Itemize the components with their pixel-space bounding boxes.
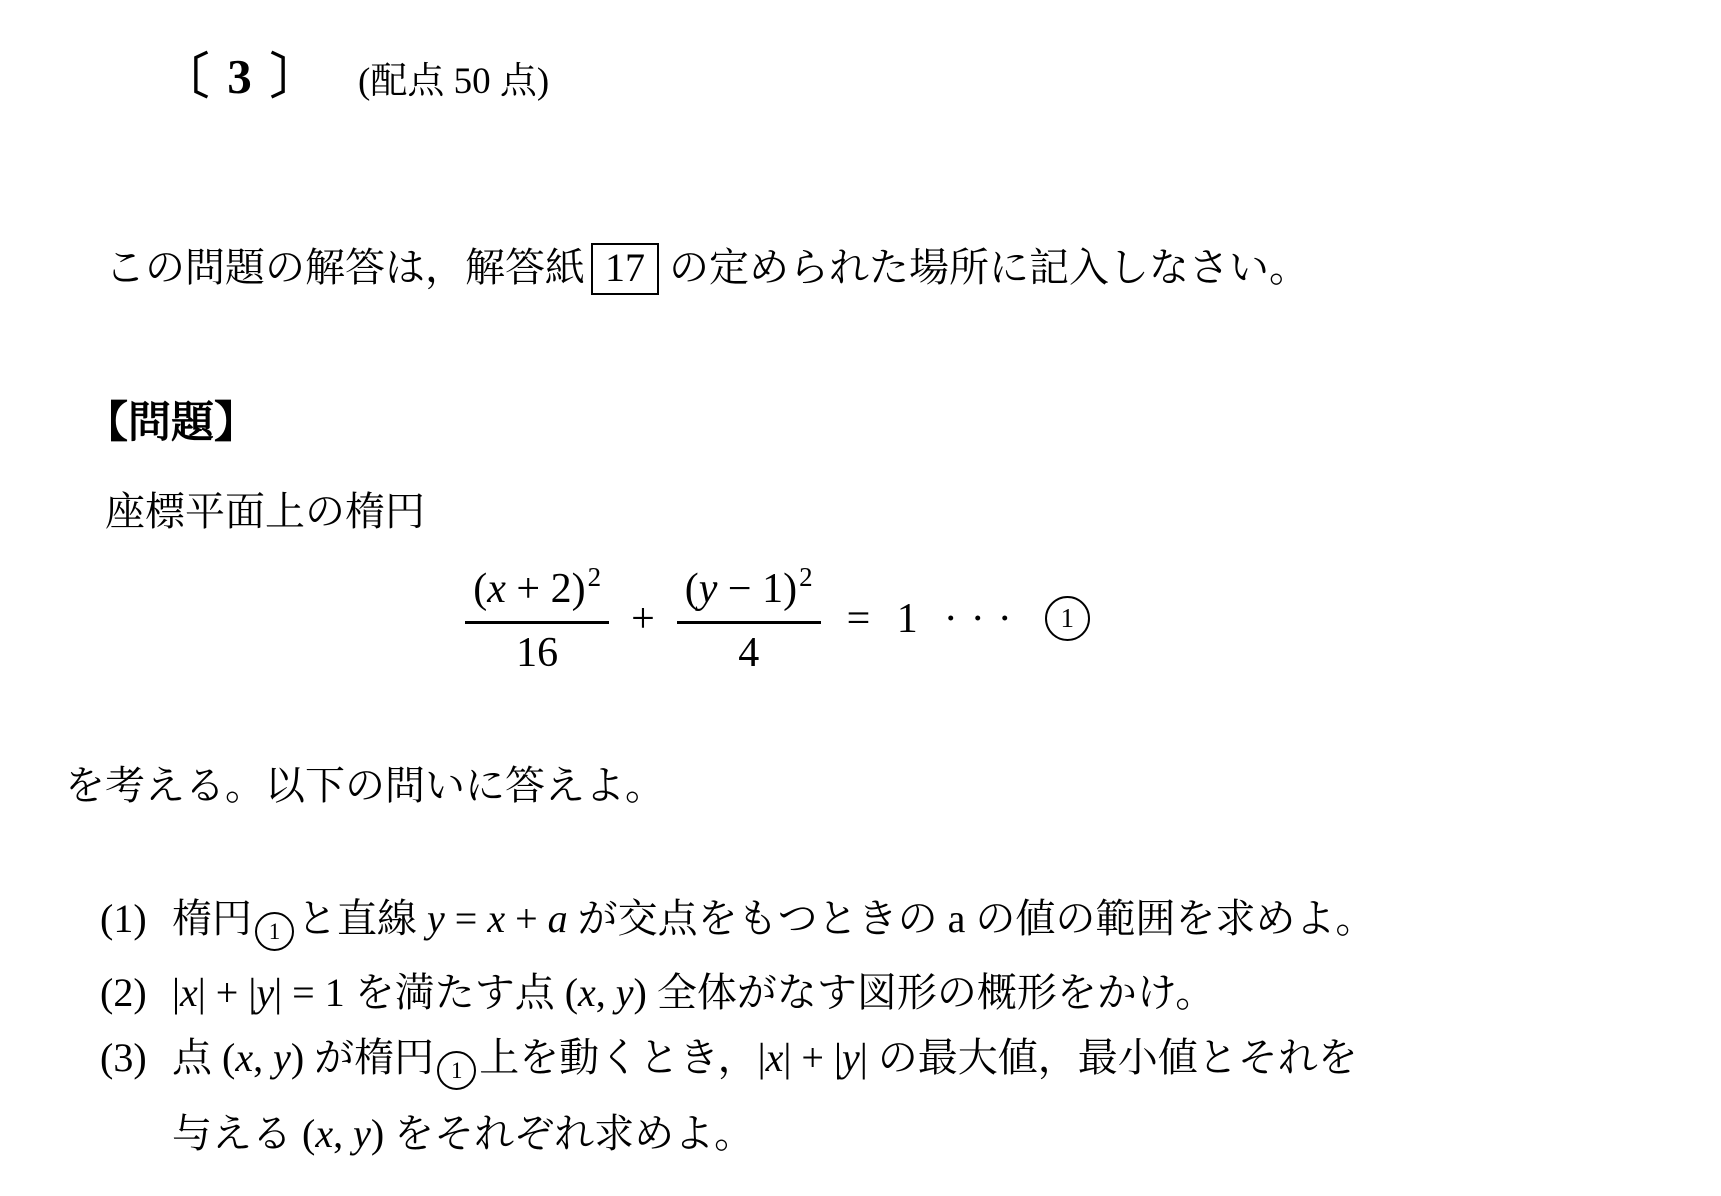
token-it: x <box>180 970 198 1015</box>
token-plain: | + | <box>783 1035 842 1080</box>
plus-operator: + <box>631 595 655 643</box>
token-plain: 楕円 <box>172 896 252 941</box>
ellipse-equation: (x + 2)2 16 + (y − 1)2 4 = 1 ··· 1 <box>65 563 1490 674</box>
token-plain: | + | <box>198 970 257 1015</box>
token-plain: + 2) <box>506 566 586 612</box>
question-1: (1) 楕円1と直線 y = x + a が交点をもつときの a の値の範囲を求… <box>100 895 1495 951</box>
token-plain: 与える ( <box>172 1111 315 1156</box>
question-3-line-2: 与える (x, y) をそれぞれ求めよ。 <box>172 1110 1495 1157</box>
question-2-content: |x| + |y| = 1 を満たす点 (x, y) 全体がなす図形の概形をかけ… <box>172 969 1495 1016</box>
equals-one: = 1 <box>847 595 926 643</box>
token-plain: | <box>172 970 180 1015</box>
fraction-x-term: (x + 2)2 16 <box>465 563 609 674</box>
token-it: x <box>235 1035 253 1080</box>
question-1-content: 楕円1と直線 y = x + a が交点をもつときの a の値の範囲を求めよ。 <box>172 895 1495 951</box>
question-3: (3) 点 (x, y) が楕円1上を動くとき，|x| + |y| の最大値，最… <box>100 1034 1495 1157</box>
exponent: 2 <box>588 562 602 592</box>
token-it: x <box>487 896 505 941</box>
answer-sheet-number-box: 17 <box>591 243 659 295</box>
token-plain: ( <box>685 566 699 612</box>
question-2-marker: (2) <box>100 969 172 1016</box>
token-it: y <box>616 970 634 1015</box>
token-it: y <box>353 1111 371 1156</box>
numerator-y: (y − 1)2 <box>677 563 821 624</box>
token-plain: = <box>445 896 488 941</box>
token-plain: 点 ( <box>172 1035 235 1080</box>
token-it: x <box>578 970 596 1015</box>
denominator-16: 16 <box>516 624 558 674</box>
token-plain: , <box>333 1111 353 1156</box>
token-it: x <box>766 1035 784 1080</box>
problem-header: 〔 3 〕 (配点 50 点) <box>160 38 1495 108</box>
question-3-line-1: 点 (x, y) が楕円1上を動くとき，|x| + |y| の最大値，最小値とそ… <box>172 1034 1495 1090</box>
token-it: y <box>427 896 445 941</box>
token-it: y <box>256 970 274 1015</box>
question-1-line-1: 楕円1と直線 y = x + a が交点をもつときの a の値の範囲を求めよ。 <box>172 895 1495 951</box>
points-note: (配点 50 点) <box>358 50 549 104</box>
problem-number: 〔 3 〕 <box>160 38 322 108</box>
question-1-marker: (1) <box>100 895 172 942</box>
question-2: (2) |x| + |y| = 1 を満たす点 (x, y) 全体がなす図形の概… <box>100 969 1495 1016</box>
circled-1-icon: 1 <box>437 1051 476 1090</box>
token-plain: ( <box>473 566 487 612</box>
token-plain: | = 1 を満たす点 ( <box>274 970 578 1015</box>
question-2-line-1: |x| + |y| = 1 を満たす点 (x, y) 全体がなす図形の概形をかけ… <box>172 969 1495 1016</box>
page-content: 〔 3 〕 (配点 50 点) この問題の解答は，解答紙17の定められた場所に記… <box>65 38 1495 1157</box>
section-label: 【問題】 <box>85 389 1495 450</box>
equation-label-circled-1-icon: 1 <box>1045 596 1090 641</box>
token-it: x <box>487 566 506 612</box>
token-plain: , <box>253 1035 273 1080</box>
token-plain: , <box>596 970 616 1015</box>
token-it: x <box>315 1111 333 1156</box>
question-3-marker: (3) <box>100 1034 172 1081</box>
numerator-x: (x + 2)2 <box>465 563 609 624</box>
token-it: y <box>842 1035 860 1080</box>
token-plain: − 1) <box>717 566 797 612</box>
lead-text: 座標平面上の楕円 <box>105 480 1495 537</box>
token-plain: ) をそれぞれ求めよ。 <box>371 1111 754 1156</box>
question-3-content: 点 (x, y) が楕円1上を動くとき，|x| + |y| の最大値，最小値とそ… <box>172 1034 1495 1157</box>
cdots: ··· <box>944 595 1025 643</box>
question-list: (1) 楕円1と直線 y = x + a が交点をもつときの a の値の範囲を求… <box>100 895 1495 1157</box>
exam-problem-page: 〔 3 〕 (配点 50 点) この問題の解答は，解答紙17の定められた場所に記… <box>0 0 1721 1196</box>
after-formula-text: を考える。以下の問いに答えよ。 <box>65 754 1495 811</box>
circled-1-icon: 1 <box>255 912 294 951</box>
instruction-text-post: の定められた場所に記入しなさい。 <box>669 245 1309 290</box>
token-plain: | の最大値，最小値とそれを <box>860 1035 1358 1080</box>
token-plain: ) が楕円 <box>291 1035 434 1080</box>
token-plain: + <box>505 896 548 941</box>
instruction-line: この問題の解答は，解答紙17の定められた場所に記入しなさい。 <box>105 236 1495 295</box>
exponent: 2 <box>799 562 813 592</box>
token-it: a <box>548 896 568 941</box>
token-plain: 上を動くとき，| <box>479 1035 765 1080</box>
fraction-y-term: (y − 1)2 4 <box>677 563 821 674</box>
token-it: y <box>699 566 718 612</box>
token-plain: ) 全体がなす図形の概形をかけ。 <box>634 970 1216 1015</box>
denominator-4: 4 <box>738 624 759 674</box>
token-it: y <box>273 1035 291 1080</box>
token-plain: が交点をもつときの a の値の範囲を求めよ。 <box>568 896 1376 941</box>
instruction-text-pre: この問題の解答は，解答紙 <box>105 245 585 290</box>
token-plain: と直線 <box>297 896 427 941</box>
